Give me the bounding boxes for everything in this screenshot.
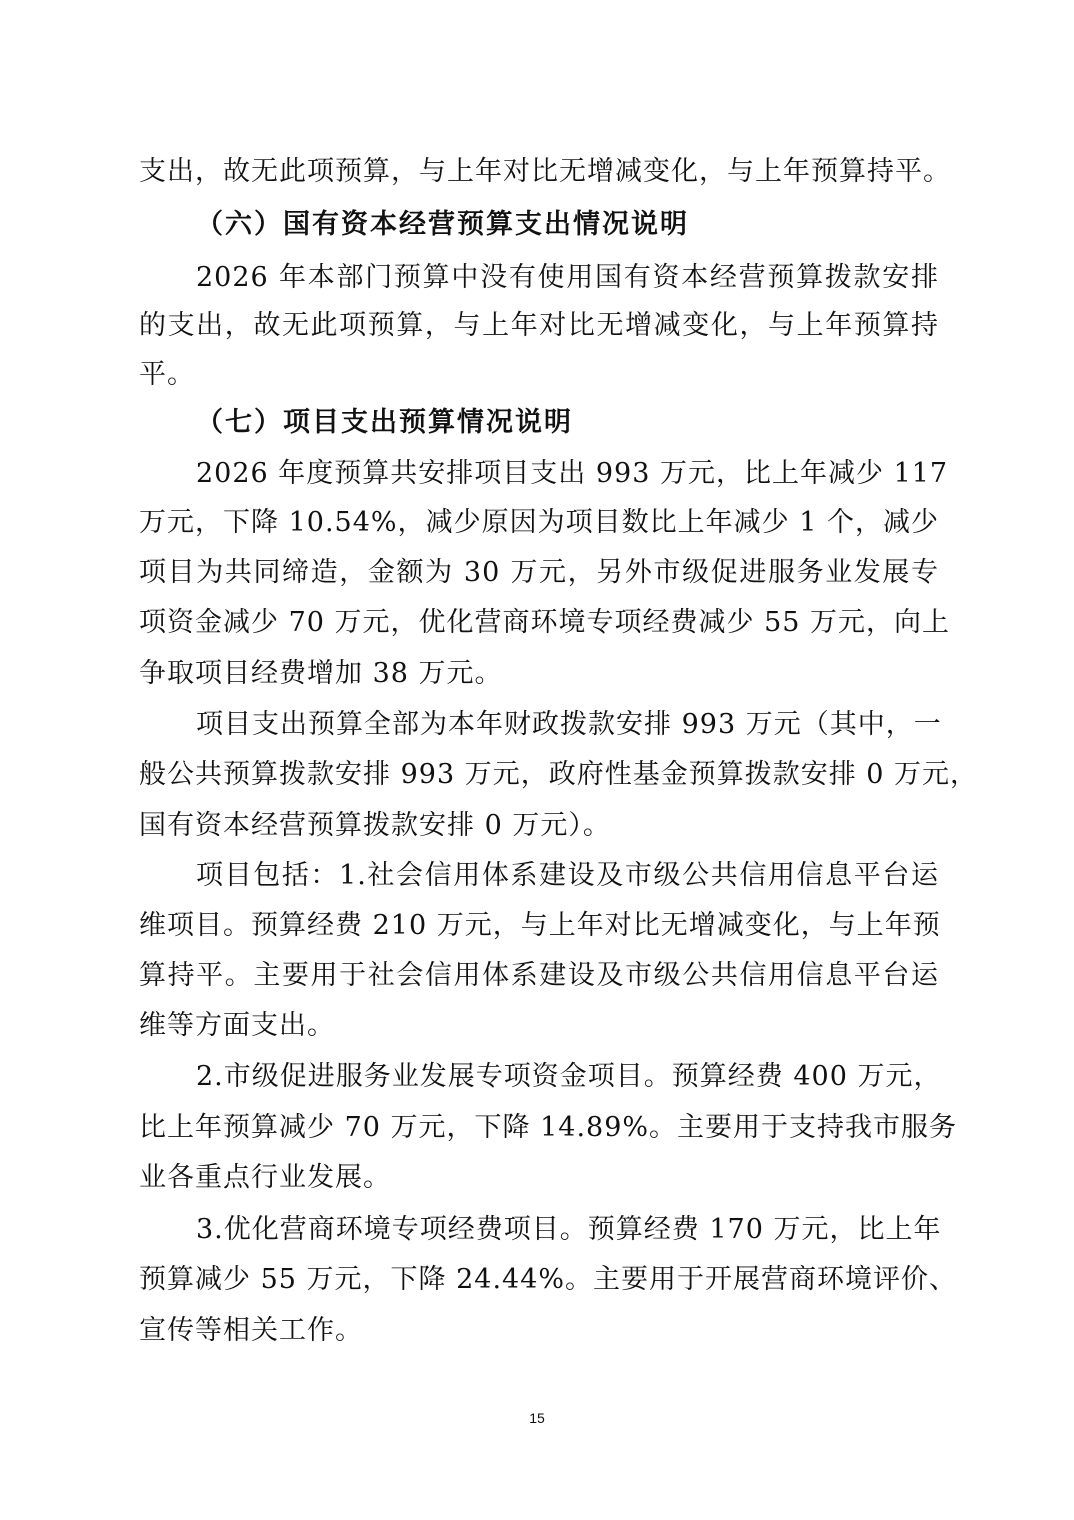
body-text-line: 宣传等相关工作。 [139, 1313, 939, 1349]
body-text-line: 维项目。预算经费 210 万元，与上年对比无增减变化，与上年预 [139, 908, 939, 944]
body-text-line: 项目包括：1.社会信用体系建设及市级公共信用信息平台运 [196, 858, 939, 894]
body-text-line: 2026 年本部门预算中没有使用国有资本经营预算拨款安排 [196, 260, 939, 296]
section-heading-six: （六）国有资本经营预算支出情况说明 [196, 207, 689, 243]
body-text-line: 维等方面支出。 [139, 1008, 939, 1044]
document-page: 支出，故无此项预算，与上年对比无增减变化，与上年预算持平。 （六）国有资本经营预… [0, 0, 1074, 1520]
body-text-line: 项目支出预算全部为本年财政拨款安排 993 万元（其中，一 [196, 707, 939, 743]
body-text-line: 争取项目经费增加 38 万元。 [139, 656, 939, 692]
page-number: 15 [0, 1410, 1074, 1426]
body-text-line: 比上年预算减少 70 万元，下降 14.89%。主要用于支持我市服务 [139, 1110, 939, 1146]
section-heading-seven: （七）项目支出预算情况说明 [196, 405, 573, 441]
body-text-line: 平。 [139, 357, 939, 393]
body-text-line: 的支出，故无此项预算，与上年对比无增减变化，与上年预算持 [139, 308, 939, 344]
body-text-line: 支出，故无此项预算，与上年对比无增减变化，与上年预算持平。 [139, 154, 939, 190]
body-text-line: 项目为共同缔造，金额为 30 万元，另外市级促进服务业发展专 [139, 555, 939, 591]
body-text-line: 3.优化营商环境专项经费项目。预算经费 170 万元，比上年 [196, 1212, 939, 1248]
body-text-line: 2.市级促进服务业发展专项资金项目。预算经费 400 万元， [196, 1059, 939, 1095]
body-text-line: 算持平。主要用于社会信用体系建设及市级公共信用信息平台运 [139, 958, 939, 994]
body-text-line: 国有资本经营预算拨款安排 0 万元）。 [139, 808, 939, 844]
body-text-line: 般公共预算拨款安排 993 万元，政府性基金预算拨款安排 0 万元， [139, 757, 939, 793]
body-text-line: 业各重点行业发展。 [139, 1160, 939, 1196]
body-text-line: 万元，下降 10.54%，减少原因为项目数比上年减少 1 个，减少 [139, 505, 939, 541]
body-text-line: 项资金减少 70 万元，优化营商环境专项经费减少 55 万元，向上 [139, 605, 939, 641]
body-text-line: 预算减少 55 万元，下降 24.44%。主要用于开展营商环境评价、 [139, 1262, 939, 1298]
body-text-line: 2026 年度预算共安排项目支出 993 万元，比上年减少 117 [196, 456, 939, 492]
